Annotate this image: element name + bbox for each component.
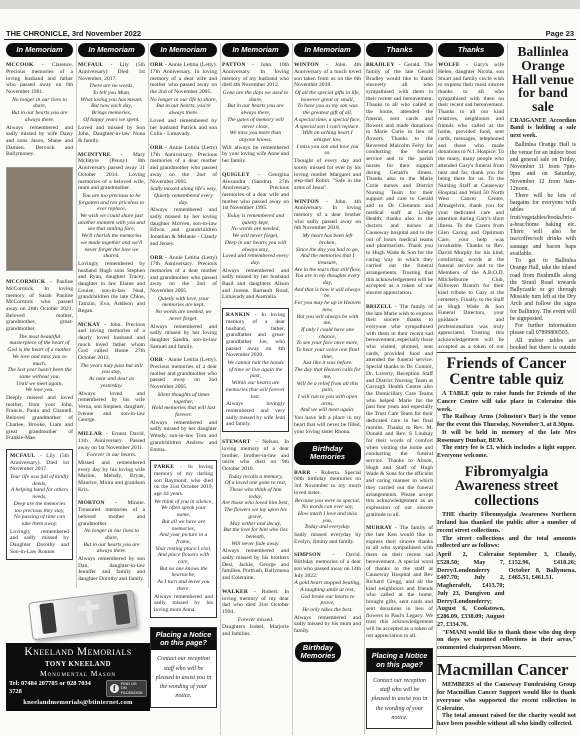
memoriam-entry: PATTON - John. 10th Anniversary. In lovi… [222,62,289,165]
memoriam-entry: STEWART - Nelson. In loving memory of a … [222,439,289,582]
entry-name: WOLFE [438,62,460,68]
entry-name: ORR [150,255,163,261]
entry-intro: WINTON - John. 4th Anniversary. In lovin… [294,199,361,233]
entry-name: BRIZELL [366,304,392,310]
sidebar-article: Ballinlea Orange Hall venue for band sal… [510,43,576,351]
newspaper-page: THE CHRONICLE, 3rd November 2022 Page 23… [0,0,580,737]
ad-phone: Tel: 07484 207785 or 028 7034 3728 [9,680,102,696]
masthead-rule [4,39,576,40]
entry-name: MCKAY [78,322,100,328]
macmillan-article: Macmillan Cancer MEMBERS of the Causeway… [437,656,576,728]
entry-name: WALKER [222,589,248,595]
entry-name: ORR [150,62,163,68]
sidebar-paragraph: For further information please call 0789… [510,323,576,337]
entry-closing: Always loved and remembered by his wife … [78,391,145,425]
entry-intro: PARKE - In loving memory of my darling s… [154,464,213,498]
sidebar-paragraph: All indoor tables are booked but there i… [510,338,576,351]
memoriam-entry: ORR - Annie Letitia (Letty) 17th Anniver… [150,255,217,351]
memoriam-column-2: In MemoriamMCFAUL - Lily (5th Anniversar… [77,43,149,588]
entry-poem: Of all the special gifts in life, howeve… [294,90,361,157]
section-pill: In Memoriam [150,43,217,57]
entry-intro: MURRAY - The family of the late Ken woul… [366,525,433,639]
entry-closing: Missed and remembered every day by his l… [78,460,145,494]
stone-spine [39,603,57,634]
entry-intro: WINTON - John. 4th Anniversary of a much… [294,62,361,89]
sidebar-paragraph: There will be lots of bargains for every… [510,193,576,258]
entry-name: MURRAY [366,525,392,531]
memoriam-column-5: In MemoriamWINTON - John. 4th Anniversar… [293,43,365,735]
ad-person-name: TONY KNEELAND [9,661,147,668]
entry-name: MCFAUL [78,62,103,68]
entry-closing: Always remembered and sadly missed by he… [150,324,217,351]
entry-intro: MILLAR - Ernest David, 11th Anniversary.… [78,431,145,451]
memoriam-entry: PARKE - In loving memory of my darling s… [150,460,217,617]
entry-intro: SIMPSON - David. Birthday memories of a … [294,552,361,579]
entry-name: MCCOOK [6,62,34,68]
section-pill: Thanks [366,43,433,57]
memoriam-entry: WINTON - John. 4th Anniversary. In lovin… [294,199,361,436]
sidebar-paragraph: To get to Ballinlea Orange Hall, take th… [510,258,576,323]
memoriam-entry: BARR - Roberta. Special 60th birthday me… [294,470,361,546]
placing-notice-text: Contact our reception staff who will be … [151,650,216,706]
thanks-column-1: ThanksBRADLEY - Gerald. The family of th… [365,43,437,735]
macmillan-paragraph: The total amount raised for the charity … [437,712,576,728]
sidebar-paragraph: Ballinlea Orange Hall is the venue for a… [510,142,576,193]
friends-paragraph: The Railway Arms (Johnston's Bar) is the… [437,413,576,429]
entry-intro: BRADLEY - Gerald. The family of the late… [366,62,433,297]
entry-name: PARKE [154,464,174,470]
masthead: THE CHRONICLE, 3rd November 2022 Page 23 [6,26,574,38]
entry-closing: Always remembered and sadly missed by he… [150,420,217,454]
entry-closing: Daughters Isobel, Marjorie and families. [222,624,289,637]
entry-name: STEWART [222,439,251,445]
section-pill: In Memoriam [222,43,289,57]
entry-poem: Today recalls a memory, Of a loved one g… [222,474,289,548]
memoriam-entry: QUIGLEY - Georgina Alexandra (Sandra). 2… [222,172,289,301]
facebook-badge: f FIND US ON FACEBOOK [106,680,147,698]
entry-name: BRADLEY [366,62,395,68]
facebook-icon: f [110,684,119,693]
entry-intro: MCINTYRE - Mary McIntyre (Penny) 8th Ann… [78,152,145,192]
entry-closing: Loved and missed by Son John, Daughter-i… [78,125,145,145]
entry-closing: Thought of every day and sorely missed f… [294,158,361,192]
entry-poem: Because you were so special, No words ca… [294,498,361,532]
entry-intro: WALKER - Robert. In loving memory of my … [222,589,289,616]
ad-email: kneelandmemorials@btinternet.com [9,699,147,706]
entry-closing: Always remembered and sadly missed by he… [150,207,217,247]
placing-notice-title: Placing a Notice on this page? [367,649,432,672]
entry-closing: Always remembered and sadly missed by hi… [154,594,213,614]
entry-poem: Today is remembered and quietly kept, No… [222,213,289,267]
entry-intro: WOLFE - Gary's wife Helen, daughter Nico… [438,62,504,349]
facebook-badge-text: FIND US ON FACEBOOK [121,682,143,696]
entry-closing: Lovingly remembered and sadly missed by … [10,529,69,556]
fibromyalgia-note: The street collections and the total amo… [437,535,576,551]
entry-poem: No longer in our lives to share, But in … [6,97,73,124]
section-pill: In Memoriam [78,43,145,57]
entry-closing: Sadly missed everyday by Evelyn, Jimmy a… [294,532,361,545]
entry-poem: Forever in our hearts. [78,452,145,459]
memoriam-entry: MCCOOK - Clarence. Precious memories of … [6,62,73,158]
memoriam-entry: MCCORMICK - Pauline McCormick. In loving… [6,279,73,442]
kneeland-memorials-ad: Kneeland Memorials TONY KNEELAND Monumen… [6,643,150,711]
friends-paragraph: The entry fee is £3, which includes a li… [437,444,576,460]
entry-intro: ORR - Annie Letitia (Letty) 17th Anniver… [150,145,217,185]
memoriam-column-1: In MemoriamMCCOOK - Clarence. Precious m… [5,43,77,588]
entry-name: ORR [150,357,163,363]
memoriam-entry: MCKAY - John. Precious and loving memori… [78,322,145,425]
entry-closing: Always remembered and sadly missed by he… [222,268,289,302]
memorial-book-stone [28,590,138,641]
entry-intro: MCKAY - John. Precious and loving memori… [78,322,145,362]
entry-closing: Always remembered and sadly missed by hi… [222,548,289,582]
memoriam-entry: MORTON - Minnie. Treasured memories of a… [78,500,145,582]
entry-intro: PATTON - John. 10th Anniversary. In lovi… [222,62,289,89]
placing-notice-box: Placing a Notice on this page?Contact ou… [150,627,217,708]
entry-intro: ORR - Annie Letitia (Letty) 17th Anniver… [150,255,217,295]
memoriam-column-4: In MemoriamPATTON - John. 10th Anniversa… [221,43,293,735]
fibromyalgia-article: Fibromyalgia Awareness street collection… [437,465,576,652]
section-pill: Thanks [438,43,504,57]
entry-poem: My heart has been left broken, Since the… [294,233,361,414]
placing-notice-text: Contact our reception staff who will be … [367,672,432,728]
entry-closing: Deeply missed and loved mother, from you… [6,395,73,442]
entry-name: BARR [294,470,311,476]
entry-name: RANKIN [226,312,250,318]
memoriam-entry: RANKIN - In loving memory of a dear husb… [222,308,289,432]
section-pill: In Memoriam [6,43,73,57]
page-number: Page 23 [546,29,574,38]
memoriam-column-3: In MemoriamORR - Annie Letitia (Letty). … [149,43,221,735]
memoriam-entry: WOLFE - Gary's wife Helen, daughter Nico… [438,62,504,349]
entry-name: PATTON [222,62,246,68]
memoriam-entry: BRIZELL - The family of the late Marie w… [366,304,433,519]
entry-intro: BARR - Roberta. Special 60th birthday me… [294,470,361,497]
section-pill: Birthday Memories [295,642,341,663]
amounts-column-left: April 2, Coleraine £528.50; May 7, Derry… [437,551,505,629]
entry-closing: Always remembered and sadly missed by hi… [294,615,361,635]
entry-name: MCCORMICK [6,279,45,285]
entry-closing: You have left a place in my heart that w… [294,415,361,435]
fibromyalgia-quote: "FMANI would like to thank those who dug… [437,629,576,652]
memoriam-entry: BRADLEY - Gerald. The family of the late… [366,62,433,297]
entry-poem: Gone are the days we used to share, But … [222,90,289,144]
sidebar-lead: CRAIGANEE Accordion Band is holding a sa… [510,118,576,141]
memoriam-entry: ORR - Annie Letitia (Letty) 17th Anniver… [150,145,217,248]
memoriam-entry: WINTON - John. 4th Anniversary of a much… [294,62,361,191]
entry-poem: The most beautiful masterpiece of the he… [6,334,73,394]
memoriam-entry: MURRAY - The family of the late Ken woul… [366,525,433,639]
entry-name: MCINTYRE [78,152,111,158]
entry-closing: Always remembered by son Dan, daughter-i… [78,556,145,583]
entry-name: MORTON [78,500,105,506]
entry-poem: There are no words, To tell you Mum, Wha… [78,83,145,123]
memoriam-photo [6,167,73,271]
section-pill: In Memoriam [294,43,361,57]
friends-paragraph: It will be held in memory of the late Mr… [437,429,576,445]
column-rule [507,43,508,351]
headstone-photo [24,590,140,640]
entry-poem: We cannot halt the hands of time or live… [226,360,285,400]
entry-poem: The years may pass but still you stay, A… [78,363,145,390]
friends-article: Friends of Cancer Centre table quiz A TA… [437,356,576,460]
entry-poem: We think of you in silence, We often spe… [154,499,213,593]
memoriam-entry: MCFAUL - Lily (5th Anniversary) Died 1st… [78,62,145,144]
entry-name: SIMPSON [294,552,321,558]
kneeland-ad-block: Kneeland Memorials TONY KNEELAND Monumen… [6,590,150,711]
entry-intro: MCCORMICK - Pauline McCormick. In loving… [6,279,73,333]
ad-title: Kneeland Memorials [9,647,147,659]
entry-poem: A gold heart stopped beating, A laughing… [294,580,361,614]
entry-name: MILLAR [78,431,102,437]
stone-spine [113,594,131,625]
friends-headline: Friends of Cancer Centre table quiz [437,356,576,387]
entry-intro: STEWART - Nelson. In loving memory of a … [222,439,289,473]
macmillan-headline: Macmillan Cancer [437,662,576,679]
entry-intro: QUIGLEY - Georgina Alexandra (Sandra). 2… [222,172,289,212]
entry-intro: MORTON - Minnie. Treasured memories of a… [78,500,145,527]
ad-trade: Monumental Mason [9,669,147,678]
amounts-column-right: September 3, Claudy, £152.96, £418.26; O… [509,551,577,629]
entry-poem: Silent thoughts of times together, Hold … [150,392,217,419]
placing-notice-box: Placing a Notice on this page?Contact ou… [366,648,433,729]
entry-closing: Will always be remembered by your loving… [222,145,289,165]
entry-intro: MCFAUL - Lily (5th Anniversary). Died 1s… [10,453,69,473]
entry-closing: Always lovingly remembered and very sadl… [226,401,285,428]
entry-name: WINTON [294,199,319,205]
entry-closing: Always remembered and sadly missed by wi… [6,125,73,159]
cross-icon [85,600,93,624]
fibromyalgia-lead: THE charity Fibromyalgia Awareness North… [437,511,576,534]
memoriam-entry: ORR - Annie Letitia (Letty). 17th Annive… [150,62,217,138]
entry-poem: Sadly missed along life's way, Quietly r… [150,186,217,206]
masthead-title: THE CHRONICLE, 3rd November 2022 [6,29,141,38]
memoriam-entry: MCFAUL - Lily (5th Anniversary). Died 1s… [6,449,73,560]
entry-intro: RANKIN - In loving memory of a dear husb… [226,312,285,359]
memoriam-entry: WALKER - Robert. In loving memory of my … [222,589,289,638]
entry-name: QUIGLEY [222,172,250,178]
entry-closing: Lovingly remembered by husband Hugh sons… [78,261,145,315]
section-pill: Birthday Memories [294,442,361,465]
scan-edge [0,0,580,9]
entry-name: ORR [150,145,163,151]
fibromyalgia-headline: Fibromyalgia Awareness street collection… [437,465,576,509]
memoriam-entry: SIMPSON - David. Birthday memories of a … [294,552,361,634]
memoriam-entry: ORR - Annie Letitia (Letty). Precious me… [150,357,217,453]
sidebar-headline: Ballinlea Orange Hall venue for band sal… [510,45,576,114]
entry-name: MCFAUL [10,453,35,459]
entry-poem: No longer in our life to share, But in o… [150,97,217,117]
entry-poem: You are too precious to be forgotten and… [78,193,145,260]
entry-poem: Forever missed. [222,617,289,624]
placing-notice-title: Placing a Notice on this page? [151,628,216,651]
macmillan-paragraph: MEMBERS of the Causeway Fundraising Grou… [437,681,576,712]
facebook-line2: FACEBOOK [121,691,143,696]
memoriam-entry: MCINTYRE - Mary McIntyre (Penny) 8th Ann… [78,152,145,315]
news-articles-region: Friends of Cancer Centre table quiz A TA… [437,352,576,737]
thanks-column-2: ThanksWOLFE - Gary's wife Helen, daughte… [437,43,505,349]
friends-paragraph: A TABLE quiz to raise funds for Friends … [437,390,576,413]
entry-poem: Quietly with love, your memories are kep… [150,296,217,323]
entry-name: WINTON [294,62,319,68]
entry-poem: Your life was full of kindly deeds, A he… [10,474,69,528]
collection-amounts: April 2, Coleraine £528.50; May 7, Derry… [437,551,576,629]
entry-intro: BRIZELL - The family of the late Marie w… [366,304,433,519]
entry-closing: Loved and remembered by her husband Patr… [150,118,217,138]
entry-intro: MCCOOK - Clarence. Precious memories of … [6,62,73,96]
memoriam-entry: MILLAR - Ernest David, 11th Anniversary.… [78,431,145,493]
entry-intro: MCFAUL - Lily (5th Anniversary) Died 1st… [78,62,145,82]
entry-intro: ORR - Annie Letitia (Letty). Precious me… [150,357,217,391]
entry-poem: No longer in our lives to share, But in … [78,528,145,555]
entry-intro: ORR - Annie Letitia (Letty). 17th Annive… [150,62,217,96]
